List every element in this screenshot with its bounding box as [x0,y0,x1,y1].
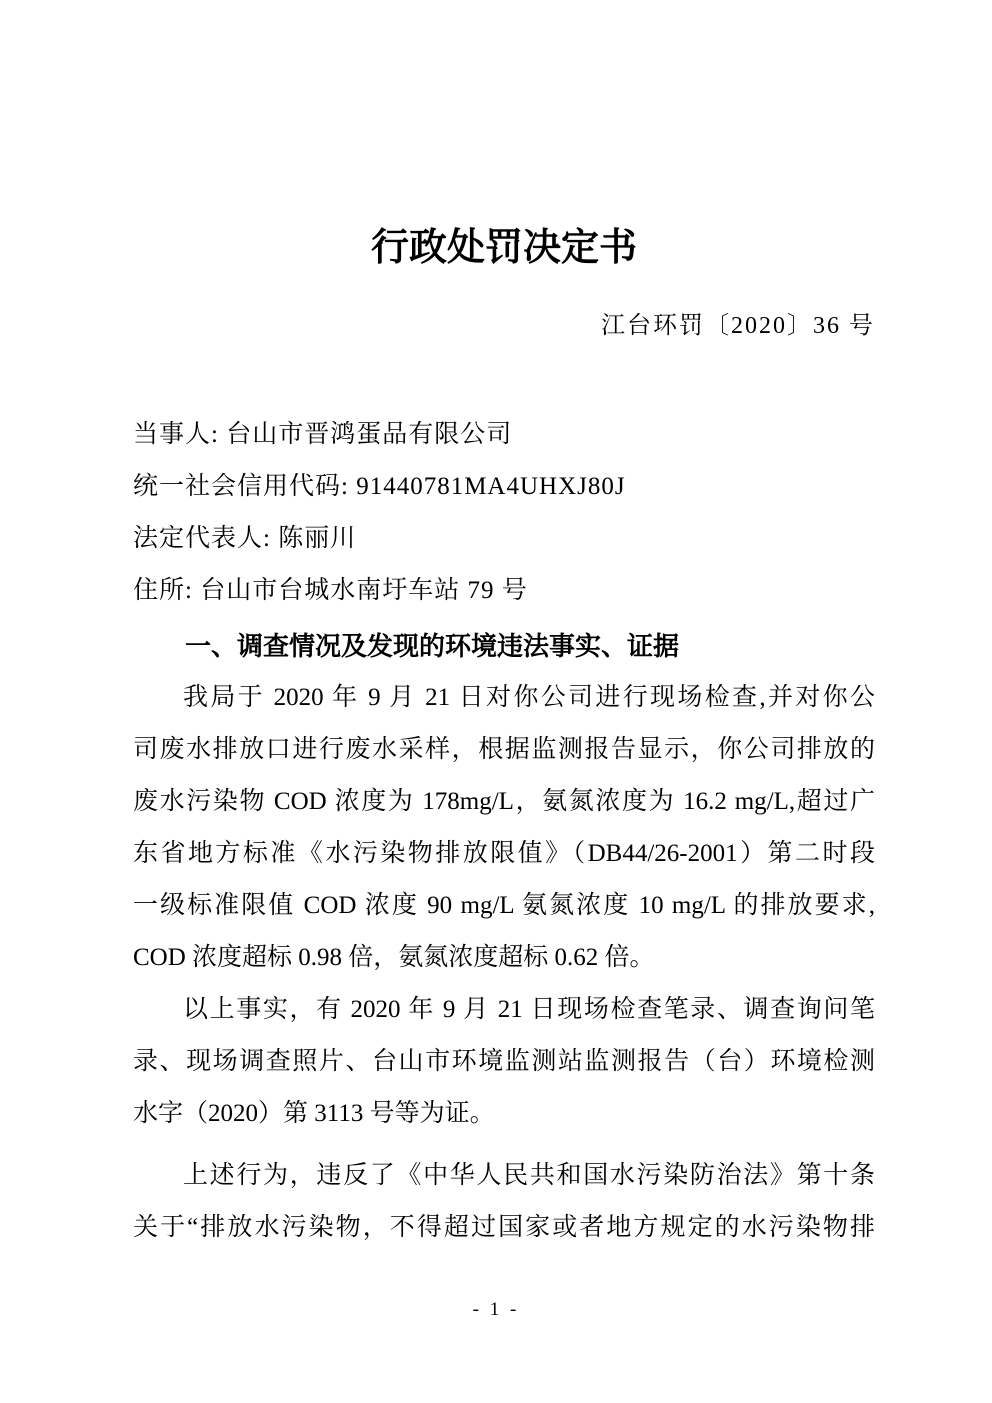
body-text-line: 以上事实，有 2020 年 9 月 21 日现场检查笔录、调查询问笔 [133,984,875,1036]
party-info-line: 法定代表人: 陈丽川 [133,513,875,565]
body-text-line: 一级标准限值 COD 浓度 90 mg/L 氨氮浓度 10 mg/L 的排放要求… [133,880,875,932]
document-page: 行政处罚决定书 江台环罚〔2020〕36 号 当事人: 台山市晋鸿蛋品有限公司统… [0,0,992,1403]
document-content: 行政处罚决定书 江台环罚〔2020〕36 号 当事人: 台山市晋鸿蛋品有限公司统… [0,0,992,1254]
body-text-line: 录、现场调查照片、台山市环境监测站监测报告（台）环境检测 [133,1036,875,1088]
body-text-line: 上述行为，违反了《中华人民共和国水污染防治法》第十条 [133,1150,875,1202]
document-number: 江台环罚〔2020〕36 号 [133,311,875,341]
body-text-line: 司废水排放口进行废水采样，根据监测报告显示，你公司排放的 [133,724,875,776]
section-heading: 一、调查情况及发现的环境违法事实、证据 [133,620,875,672]
party-info-line: 住所: 台山市台城水南圩车站 79 号 [133,565,875,617]
body-text-line: COD 浓度超标 0.98 倍，氨氮浓度超标 0.62 倍。 [133,932,875,984]
body-text-line: 废水污染物 COD 浓度为 178mg/L，氨氮浓度为 16.2 mg/L,超过… [133,776,875,828]
paragraph-violation: 上述行为，违反了《中华人民共和国水污染防治法》第十条关于“排放水污染物，不得超过… [133,1150,875,1254]
party-info-section: 当事人: 台山市晋鸿蛋品有限公司统一社会信用代码: 91440781MA4UHX… [133,409,875,617]
body-text-line: 东省地方标准《水污染物排放限值》（DB44/26-2001）第二时段 [133,828,875,880]
body-text-line: 我局于 2020 年 9 月 21 日对你公司进行现场检查,并对你公 [133,672,875,724]
paragraph-evidence: 以上事实，有 2020 年 9 月 21 日现场检查笔录、调查询问笔录、现场调查… [133,984,875,1140]
body-text-line: 水字（2020）第 3113 号等为证。 [133,1088,875,1140]
page-number: - 1 - [0,1298,992,1322]
party-info-line: 统一社会信用代码: 91440781MA4UHXJ80J [133,461,875,513]
paragraph-investigation: 我局于 2020 年 9 月 21 日对你公司进行现场检查,并对你公司废水排放口… [133,672,875,984]
document-title: 行政处罚决定书 [133,0,875,271]
body-text-line: 关于“排放水污染物，不得超过国家或者地方规定的水污染物排 [133,1202,875,1254]
party-info-line: 当事人: 台山市晋鸿蛋品有限公司 [133,409,875,461]
